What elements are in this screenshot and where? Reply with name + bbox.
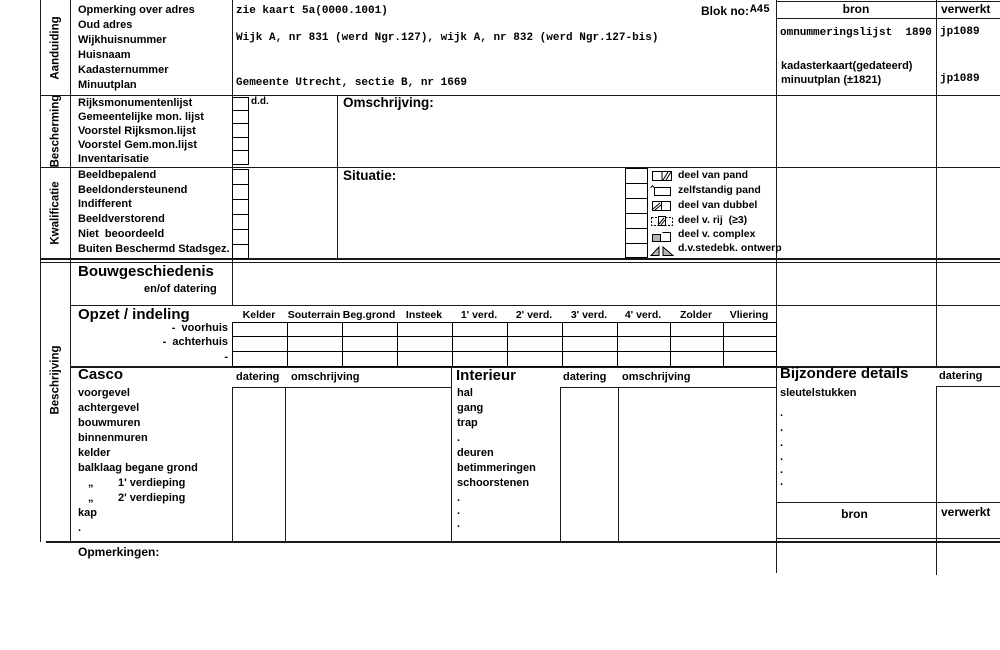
divider-line [232, 387, 452, 388]
divider-line [232, 387, 233, 541]
divider-line [70, 305, 1000, 306]
checkbox [625, 168, 648, 184]
datering-column-header: datering [236, 372, 279, 384]
bijzondere-row-label: . [780, 477, 783, 489]
dd-label: d.d. [251, 97, 269, 108]
divider-line [776, 0, 777, 573]
bouwgeschiedenis-subtitle: en/of datering [144, 284, 217, 296]
deel-van-pand-icon [649, 169, 675, 182]
datering-column-header: datering [563, 372, 606, 384]
bijzondere-row-label: . [780, 438, 783, 450]
divider-line [618, 387, 619, 541]
opzet-column-header: 1' verd. [461, 310, 497, 321]
interieur-row-label: deuren [457, 448, 494, 460]
typed-blok-no-value: A45 [750, 4, 770, 16]
opzet-cell [670, 336, 724, 352]
checkbox [232, 169, 249, 185]
opzet-cell [617, 322, 671, 337]
casco-row-label: „ 1' verdieping [88, 478, 185, 490]
blok-no-label: Blok no: [701, 5, 749, 18]
opzet-column-header: Insteek [406, 310, 442, 321]
row-label: Niet beoordeeld [78, 229, 164, 241]
row-label: Beeldverstorend [78, 214, 165, 226]
checkbox [232, 137, 249, 151]
opzet-column-header: Souterrain [288, 310, 341, 321]
opzet-row-label: - voorhuis [110, 323, 228, 335]
opzet-cell [232, 322, 288, 337]
bijzondere-row-label: . [780, 423, 783, 435]
bijzondere-row-label: . [780, 465, 783, 477]
opzet-cell [562, 351, 618, 367]
omschrijving-column-header: omschrijving [291, 372, 359, 384]
interieur-row-label: schoorstenen [457, 478, 529, 490]
divider-line [40, 258, 1000, 260]
checkbox [232, 150, 249, 165]
omschrijving-column-header: omschrijving [622, 372, 690, 384]
opzet-cell [397, 351, 453, 367]
divider-line [776, 538, 1000, 539]
opmerkingen-label: Opmerkingen: [78, 546, 159, 559]
opzet-column-header: Kelder [243, 310, 276, 321]
checkbox [232, 199, 249, 215]
opzet-cell [723, 351, 777, 367]
bijzondere-details-title: Bijzondere details [780, 366, 908, 381]
bijzondere-row-label: . [780, 452, 783, 464]
row-label: Kadasternummer [78, 65, 168, 77]
divider-line [776, 18, 1000, 19]
row-label: Beeldondersteunend [78, 185, 187, 197]
bron-entry: minuutplan (±1821) [781, 75, 881, 87]
opzet-cell [287, 336, 343, 352]
interieur-row-label: trap [457, 418, 478, 430]
opzet-cell [617, 336, 671, 352]
deel-van-complex-icon [649, 230, 675, 243]
divider-line [285, 387, 286, 541]
bron-column-header: bron [776, 3, 936, 16]
omschrijving-header: Omschrijving: [343, 96, 434, 110]
typed-bron-entry: omnummeringslijst 1890 [780, 27, 932, 39]
interieur-row-label: . [457, 519, 460, 531]
pand-type-label: deel v. rij (≥3) [678, 215, 747, 226]
opzet-cell [562, 322, 618, 337]
opzet-cell [452, 351, 508, 367]
divider-line [46, 541, 1000, 543]
bouwgeschiedenis-title: Bouwgeschiedenis [78, 264, 214, 279]
opzet-cell [723, 322, 777, 337]
opzet-cell [452, 322, 508, 337]
opzet-cell [342, 351, 398, 367]
opzet-column-header: Vliering [730, 310, 769, 321]
divider-line [451, 368, 452, 541]
opzet-cell [397, 322, 453, 337]
divider-line [560, 387, 561, 541]
opzet-title: Opzet / indeling [78, 307, 190, 322]
row-label: Indifferent [78, 199, 132, 211]
opzet-cell [452, 336, 508, 352]
casco-row-label: binnenmuren [78, 433, 148, 445]
opzet-cell [507, 336, 563, 352]
pand-type-label: deel v. complex [678, 229, 755, 240]
verwerkt-column-header: verwerkt [941, 506, 990, 519]
section-label: Aanduiding [50, 16, 62, 79]
interieur-row-label: . [457, 433, 460, 445]
opzet-row-label: - [110, 352, 228, 364]
row-label: Voorstel Rijksmon.lijst [78, 126, 196, 138]
row-label: Oud adres [78, 20, 132, 32]
typed-verwerkt-entry: jp1089 [940, 26, 980, 38]
typed-verwerkt-entry: jp1089 [940, 73, 980, 85]
typed-opmerking-value: zie kaart 5a(0000.1001) [236, 5, 388, 17]
casco-row-label: achtergevel [78, 403, 139, 415]
section-label: Kwalificatie [50, 181, 62, 244]
bijzondere-row-label: sleutelstukken [780, 388, 856, 400]
situatie-header: Situatie: [343, 169, 396, 183]
divider-line [560, 387, 777, 388]
casco-row-label: balklaag begane grond [78, 463, 198, 475]
opzet-cell [287, 351, 343, 367]
zelfstandig-pand-icon [649, 184, 675, 197]
opzet-cell [507, 322, 563, 337]
divider-line [936, 386, 1000, 387]
opzet-column-header: 4' verd. [625, 310, 661, 321]
pand-type-label: zelfstandig pand [678, 185, 761, 196]
section-label: Bescherming [50, 95, 62, 168]
deel-van-rij-icon [649, 214, 675, 227]
interieur-row-label: betimmeringen [457, 463, 536, 475]
stedebouwkundig-ontwerp-icon [649, 244, 675, 257]
section-label: Beschrijving [50, 345, 62, 414]
datering-column-header: datering [939, 371, 982, 383]
checkbox [625, 213, 648, 229]
opzet-row-label: - achterhuis [110, 337, 228, 349]
opzet-cell [670, 351, 724, 367]
opzet-cell [507, 351, 563, 367]
opzet-cell [287, 322, 343, 337]
casco-row-label: „ 2' verdieping [88, 493, 185, 505]
opzet-cell [232, 351, 288, 367]
row-label: Beeldbepalend [78, 170, 156, 182]
row-label: Huisnaam [78, 50, 131, 62]
row-label: Voorstel Gem.mon.lijst [78, 140, 197, 152]
checkbox [625, 243, 648, 258]
opzet-column-header: 2' verd. [516, 310, 552, 321]
row-label: Opmerking over adres [78, 5, 195, 17]
divider-line [337, 95, 338, 258]
casco-row-label: kap [78, 508, 97, 520]
divider-line [936, 0, 937, 366]
row-label: Minuutplan [78, 80, 137, 92]
checkbox [232, 123, 249, 138]
divider-line [70, 0, 71, 542]
checkbox [625, 183, 648, 199]
opzet-column-header: Zolder [680, 310, 712, 321]
divider-line [776, 502, 1000, 503]
row-label: Rijksmonumentenlijst [78, 98, 192, 110]
section-aanduiding: Aanduiding [40, 0, 71, 95]
opzet-column-header: 3' verd. [571, 310, 607, 321]
typed-minuutplan-value: Gemeente Utrecht, sectie B, nr 1669 [236, 77, 467, 89]
checkbox [232, 97, 249, 111]
casco-row-label: bouwmuren [78, 418, 140, 430]
opzet-cell [723, 336, 777, 352]
opzet-cell [342, 336, 398, 352]
checkbox [625, 228, 648, 244]
row-label: Inventarisatie [78, 154, 149, 166]
checkbox [232, 110, 249, 124]
section-kwalificatie: Kwalificatie [40, 167, 71, 258]
divider-line [40, 0, 41, 542]
scanned-inventory-form: Aanduiding Bescherming Kwalificatie Besc… [0, 0, 1000, 650]
bijzondere-row-label: . [780, 408, 783, 420]
pand-type-label: deel van dubbel [678, 200, 757, 211]
checkbox [232, 214, 249, 230]
casco-row-label: voorgevel [78, 388, 130, 400]
row-label: Buiten Beschermd Stadsgez. [78, 244, 230, 256]
checkbox [232, 244, 249, 259]
checkbox [232, 229, 249, 245]
opzet-cell [670, 322, 724, 337]
interieur-row-label: gang [457, 403, 483, 415]
casco-title: Casco [78, 367, 123, 382]
typed-wijkhuisnummer-value: Wijk A, nr 831 (werd Ngr.127), wijk A, n… [236, 32, 658, 44]
interieur-title: Interieur [456, 368, 516, 383]
interieur-row-label: . [457, 506, 460, 518]
row-label: Wijkhuisnummer [78, 35, 167, 47]
opzet-cell [232, 336, 288, 352]
deel-van-dubbel-icon [649, 199, 675, 212]
opzet-cell [617, 351, 671, 367]
casco-row-label: . [78, 523, 81, 535]
pand-type-label: d.v.stedebk. ontwerp [678, 243, 782, 254]
interieur-row-label: hal [457, 388, 473, 400]
opzet-cell [397, 336, 453, 352]
interieur-row-label: . [457, 493, 460, 505]
verwerkt-column-header: verwerkt [941, 3, 990, 16]
divider-line [936, 386, 937, 575]
row-label: Gemeentelijke mon. lijst [78, 112, 204, 124]
opzet-cell [562, 336, 618, 352]
divider-line [40, 167, 1000, 168]
section-bescherming: Bescherming [40, 95, 71, 167]
checkbox [232, 184, 249, 200]
bron-entry: kadasterkaart(gedateerd) [781, 61, 912, 73]
bron-column-header: bron [776, 508, 933, 521]
opzet-cell [342, 322, 398, 337]
pand-type-label: deel van pand [678, 170, 748, 181]
opzet-column-header: Beg.grond [343, 310, 396, 321]
casco-row-label: kelder [78, 448, 110, 460]
divider-line [40, 95, 1000, 96]
section-beschrijving: Beschrijving [40, 300, 71, 460]
checkbox [625, 198, 648, 214]
